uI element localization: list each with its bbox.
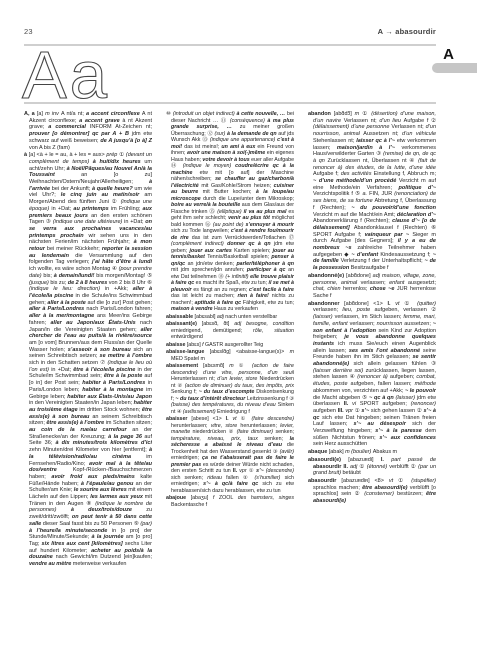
dictionary-entry: abaque [abak] m (boulier) Abakus m	[308, 449, 436, 456]
dictionary-entry: ⑩ (introduit un objet indirect) à cette …	[166, 111, 294, 313]
thumb-index-letter: A	[443, 46, 454, 64]
dictionary-entry: abandonner [abɑ̃done] <1> I. vt ① (quitt…	[308, 301, 436, 448]
dictionary-column-3: abandon [abɑ̃dɔ̃] m ① (désertion) d’une …	[308, 111, 436, 609]
section-rule	[24, 102, 436, 104]
dictionary-entry: abasourdir [abazuʀdiʀ] <8> vt ① (stupéfi…	[308, 478, 436, 505]
dictionary-entry: abaissant(e) [abɛsɑ̃, ɑ̃t] adj besogne, …	[166, 321, 294, 341]
page-number: 23	[24, 27, 33, 36]
section-letter-block: Aa	[21, 47, 433, 103]
section-letters: Aa	[22, 47, 110, 103]
dictionary-entry: abandonné(e) [abɑ̃done] adj maison, vill…	[308, 273, 436, 300]
dictionary-entry: à [a] <à + le = au, à + les = aux> prép …	[24, 152, 152, 568]
dictionary-column-2: ⑩ (introduit un objet indirect) à cette …	[166, 111, 294, 609]
thumb-index-bar	[432, 63, 477, 73]
dictionary-entry: abaisse-langue [abɛslɑ̃g] <abaisse-langu…	[166, 349, 294, 362]
section-letter-graphic: Aa	[21, 47, 433, 103]
dictionary-entry: abajoue [abaʒu] f ZOOL des hamsters, sin…	[166, 495, 294, 508]
dictionary-entry: abaisser [abese] <1> I. vt ① (faire desc…	[166, 416, 294, 494]
dictionary-entry: A, a [a] m inv A nt/a nt; a accent circo…	[24, 111, 152, 151]
dictionary-entry: abaisse [abɛs] f GASTR ausgerollter Teig	[166, 342, 294, 349]
dictionary-column-1: A, a [a] m inv A nt/a nt; a accent circo…	[24, 111, 152, 609]
dictionary-entry: abasourdi(e) [abazuʀdi] I. part passé de…	[308, 457, 436, 477]
dictionary-columns: A, a [a] m inv A nt/a nt; a accent circo…	[24, 111, 436, 609]
header-rule	[24, 44, 436, 46]
dictionary-entry: abaissable [abɛsabl] adj nach unten vers…	[166, 314, 294, 321]
guide-words: A → abasourdir	[378, 27, 436, 36]
dictionary-entry: abandon [abɑ̃dɔ̃] m ① (désertion) d’une …	[308, 111, 436, 272]
dictionary-entry: abaissement [abɛsmɑ̃] m ① (action de fai…	[166, 363, 294, 415]
page-header: 23 A → abasourdir	[24, 27, 436, 36]
